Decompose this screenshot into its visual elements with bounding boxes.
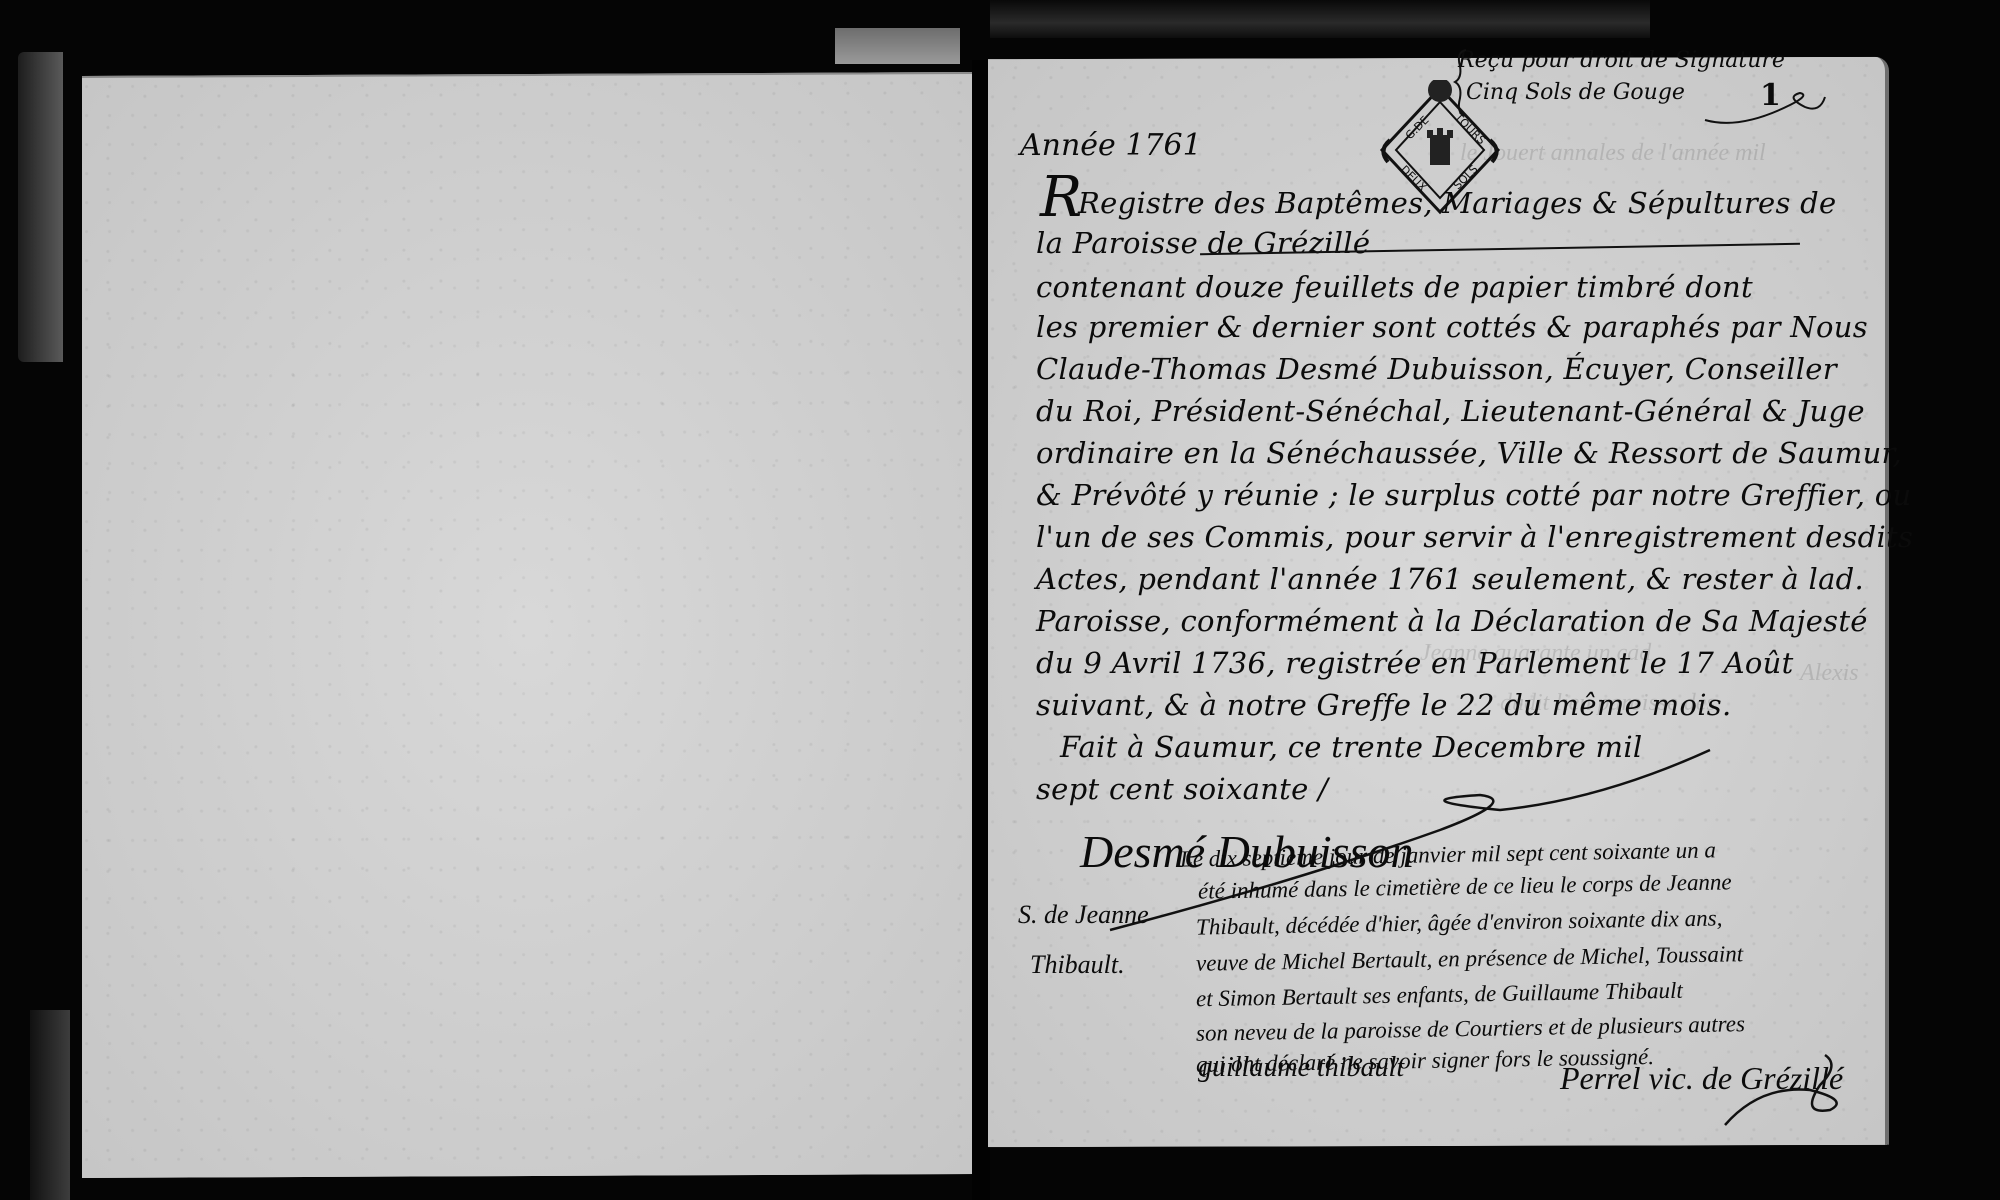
margin-note-line1: S. de Jeanne [1018, 900, 1149, 930]
binding-edge-left [18, 52, 63, 362]
preamble-line: du Roi, Président-Sénéchal, Lieutenant-G… [1036, 394, 1865, 428]
preamble-line: contenant douze feuillets de papier timb… [1036, 270, 1753, 304]
binding-edge-left-lower [30, 1010, 70, 1200]
binding-tab [835, 28, 960, 64]
preamble-line: Actes, pendant l'année 1761 seulement, &… [1036, 562, 1864, 596]
bleed-through-text: Alexis [1800, 660, 1859, 687]
witness-signature: guillaume thibault [1198, 1052, 1404, 1084]
stamp-duty-note-line1: Reçu pour droit de Signature [1458, 48, 1785, 73]
preamble-line: Registre des Baptêmes, Mariages & Sépult… [1078, 186, 1837, 220]
flourish-icon [1700, 85, 1830, 130]
preamble-line: Claude-Thomas Desmé Dubuisson, Écuyer, C… [1036, 352, 1837, 386]
left-page [82, 72, 975, 1178]
preamble-line: du 9 Avril 1736, registrée en Parlement … [1036, 646, 1794, 680]
year-heading: Année 1761 [1020, 128, 1202, 163]
preamble-line: suivant, & à notre Greffe le 22 du même … [1036, 688, 1732, 722]
svg-text:TOURS: TOURS [1451, 110, 1488, 147]
preamble-line: ordinaire en la Sénéchaussée, Ville & Re… [1036, 436, 1902, 470]
preamble-line: les premier & dernier sont cottés & para… [1036, 310, 1868, 344]
preamble-line: l'un de ses Commis, pour servir à l'enre… [1036, 520, 1913, 554]
priest-flourish-icon [1720, 1045, 1860, 1130]
scan-shadow-top [990, 0, 1650, 38]
preamble-line: & Prévôté y réunie ; le surplus cotté pa… [1036, 478, 1911, 512]
margin-note-line2: Thibault. [1030, 950, 1125, 980]
preamble-line: Paroisse, conformément à la Déclaration … [1036, 604, 1868, 638]
initial-capital: R [1040, 170, 1082, 226]
